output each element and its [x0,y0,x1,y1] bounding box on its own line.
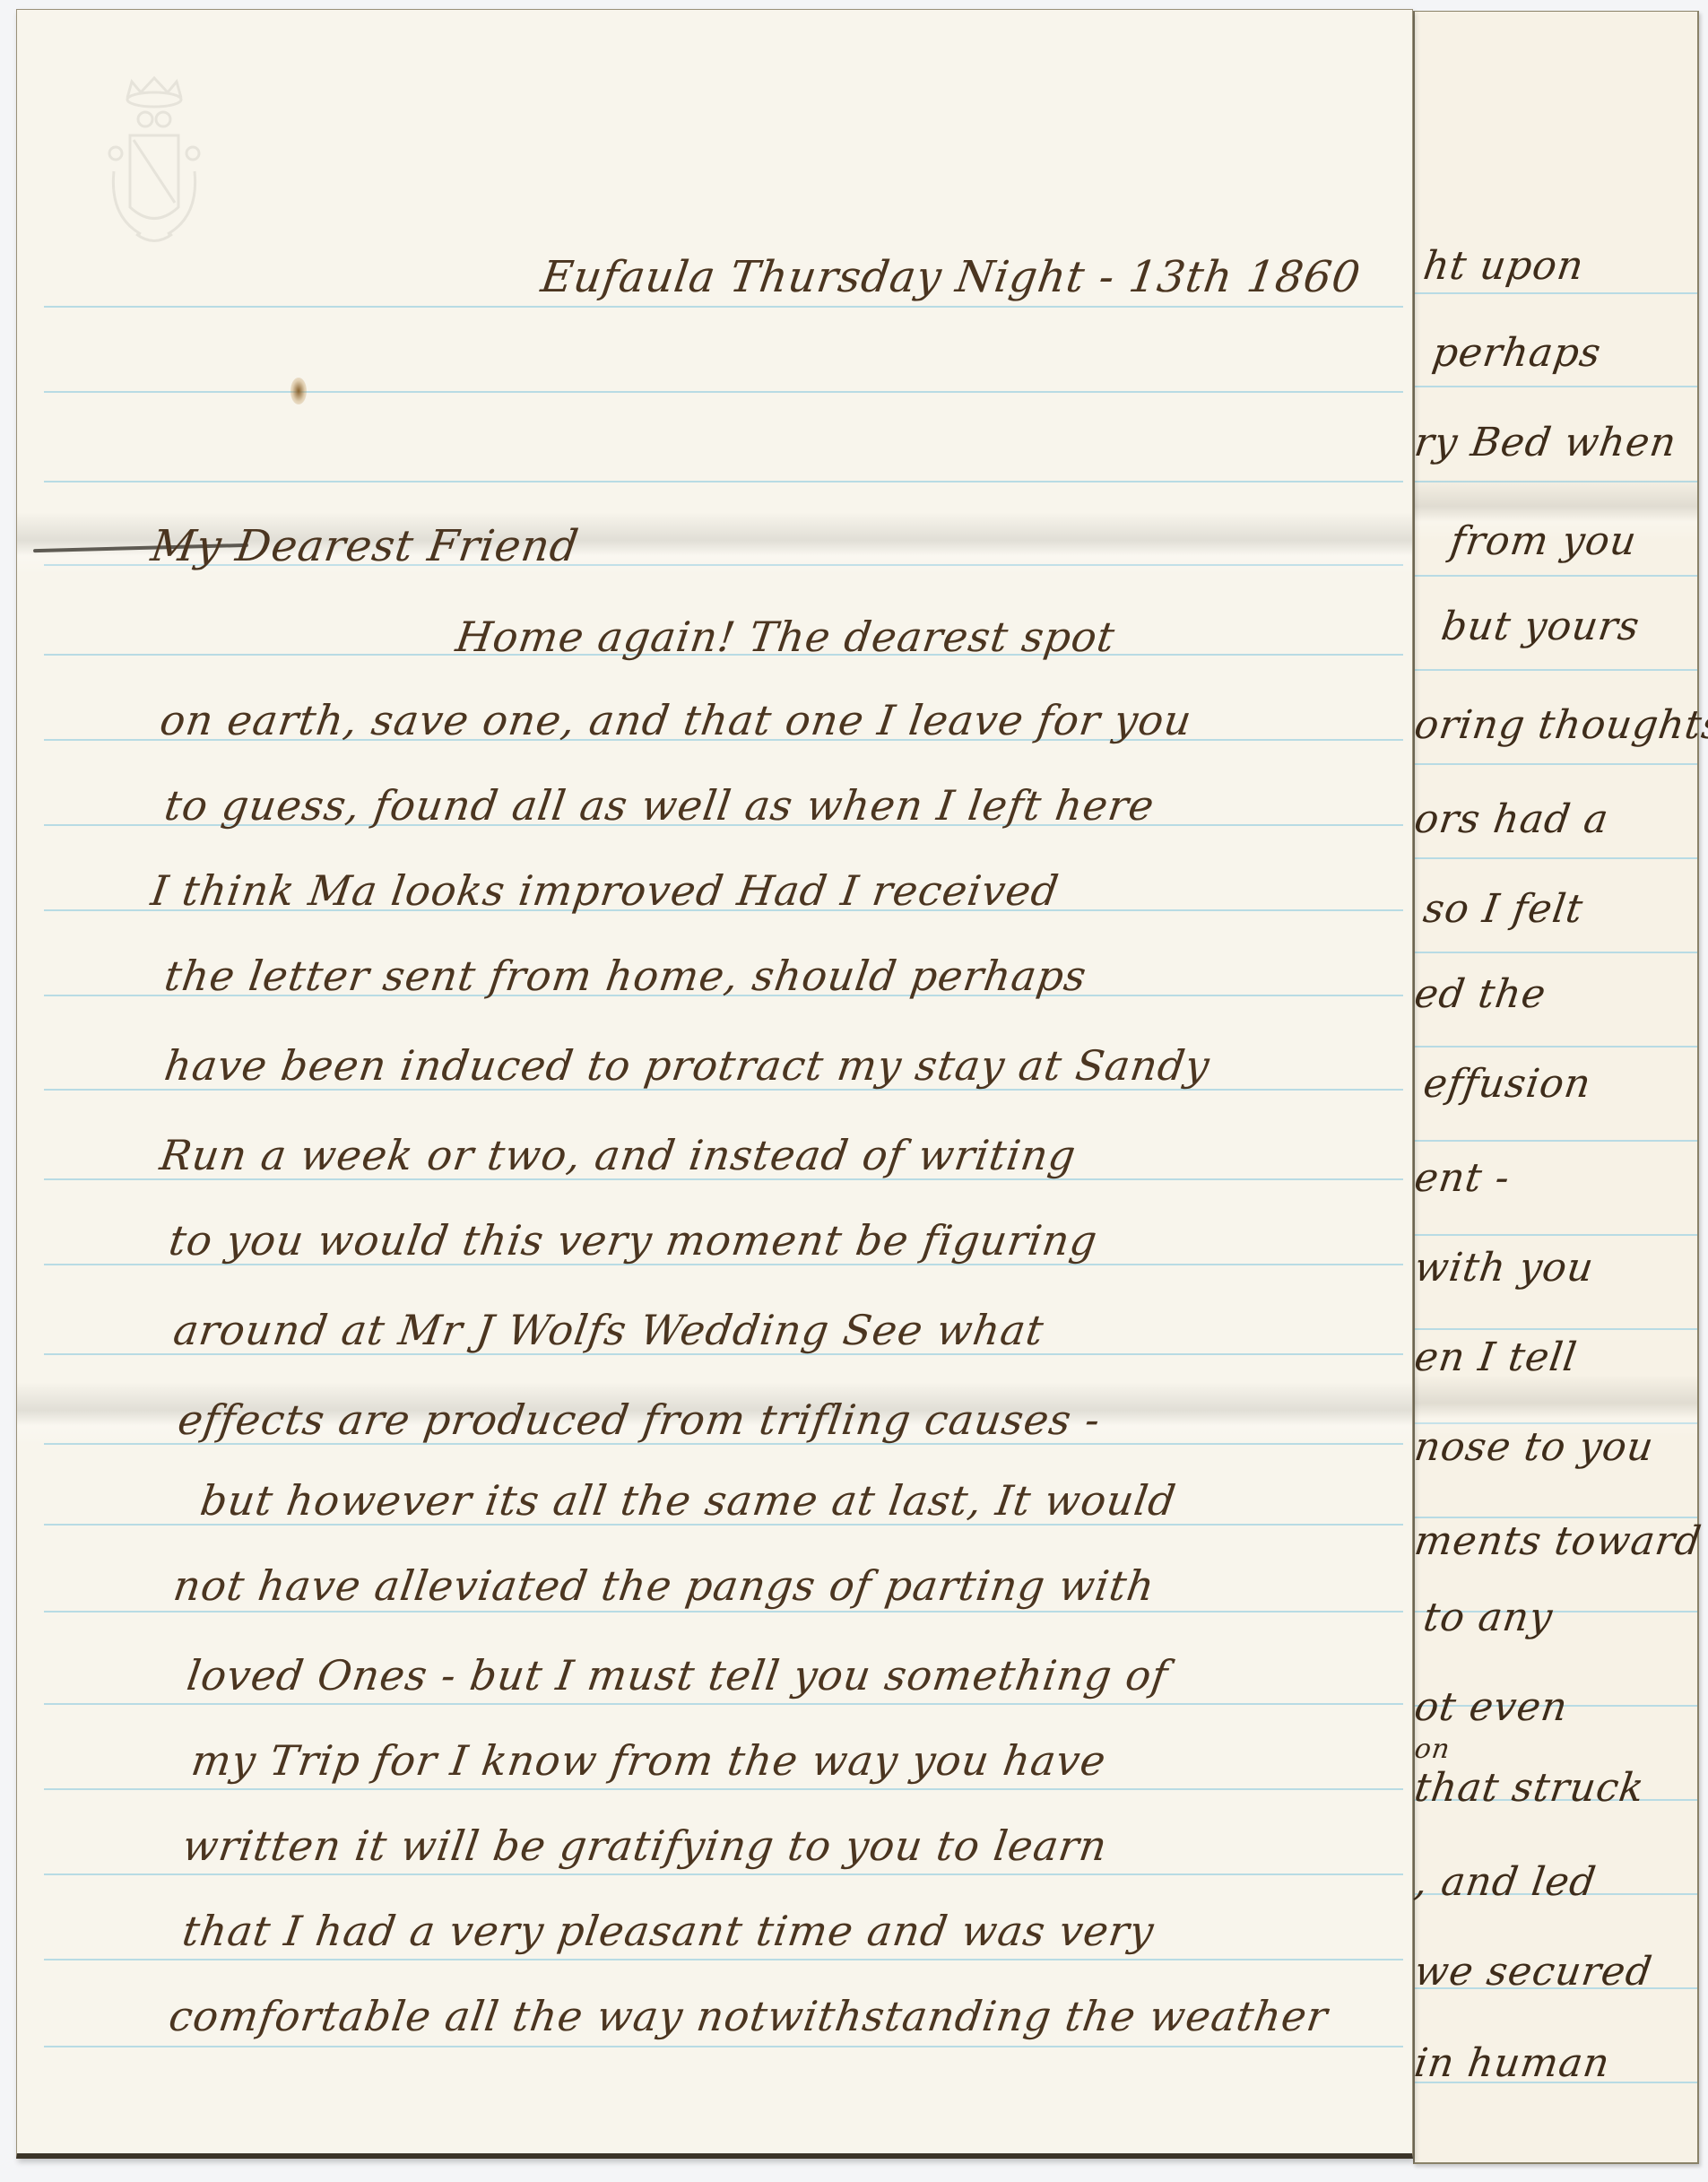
letter-line: loved Ones - but I must tell you somethi… [184,1651,1171,1700]
back-fragment: but yours [1438,604,1643,649]
letter-line: my Trip for I know from the way you have [188,1736,1109,1785]
ruled-line [44,306,1403,308]
ruled-line [44,1873,1403,1875]
ruled-line [44,2046,1403,2047]
embossed-crest-icon [105,73,204,252]
dateline: Eufaula Thursday Night - 13th 1860 [538,252,1364,302]
letter-line: but however its all the same at last, It… [197,1476,1179,1525]
back-fragment: ent - [1411,1155,1513,1201]
letter-line: written it will be gratifying to you to … [179,1821,1110,1870]
back-fragment: ot even [1411,1684,1571,1730]
back-fragment: we secured [1411,1949,1655,1995]
back-fragment: ors had a [1411,796,1611,842]
ruled-line [1415,1046,1697,1048]
back-fragment: perhaps [1429,330,1604,376]
letter-line: to you would this very moment be figurin… [166,1216,1100,1265]
back-fragment: ments toward [1411,1518,1704,1564]
ruled-line [1415,1234,1697,1236]
front-sheet: Eufaula Thursday Night - 13th 1860 My De… [16,9,1413,2159]
back-fragment: that struck [1411,1765,1647,1811]
letter-line: the letter sent from home, should perhap… [161,952,1089,1000]
ruled-line [1415,857,1697,859]
back-fragment: ry Bed when [1411,420,1679,465]
back-fragment: so I felt [1420,886,1586,932]
ruled-line [44,391,1403,393]
ruled-line [1415,292,1697,294]
ruled-line [1415,952,1697,953]
letter-line: effects are produced from trifling cause… [175,1395,1104,1444]
back-fragment: , and led [1411,1859,1599,1905]
ruled-line [44,1788,1403,1790]
ruled-line [44,1611,1403,1613]
back-fragment: to any [1420,1595,1556,1640]
back-fragment: ed the [1411,971,1548,1017]
ruled-line [1415,575,1697,577]
letter-line: Home again! The dearest spot [453,613,1118,661]
letter-line: I think Ma looks improved Had I received [148,866,1062,915]
back-fragment: ht upon [1420,243,1587,289]
letter-line: to guess, found all as well as when I le… [161,781,1157,830]
back-fragment: in human [1411,2040,1613,2086]
ruled-line [44,1959,1403,1960]
ruled-line [1415,1140,1697,1142]
letter-line: that I had a very pleasant time and was … [179,1907,1157,1955]
ruled-line [1415,669,1697,671]
back-fragment: oring thoughts [1411,702,1708,748]
back-fragment: with you [1411,1245,1597,1291]
ruled-line [1415,763,1697,765]
back-fragment: effusion [1420,1061,1594,1107]
back-fragment: from you [1447,518,1639,564]
letter-line: on earth, save one, and that one I leave… [157,696,1195,744]
letter-line: comfortable all the way notwithstanding … [166,1992,1331,2040]
ruled-line [1415,386,1697,387]
ruled-line [44,481,1403,482]
salutation: My Dearest Friend [148,521,582,571]
back-sheet: ht upon perhaps ry Bed when from you but… [1413,11,1699,2164]
back-fragment: en I tell [1411,1334,1580,1380]
ruled-line [44,1703,1403,1705]
back-fragment: on [1413,1734,1452,1765]
letter-line: not have alleviated the pangs of parting… [170,1561,1157,1610]
letter-line: have been induced to protract my stay at… [161,1041,1213,1090]
ink-stain [290,378,307,404]
ruled-line [1415,1328,1697,1330]
letter-line: Run a week or two, and instead of writin… [157,1131,1079,1179]
letter-line: around at Mr J Wolfs Wedding See what [170,1306,1047,1354]
back-fragment: nose to you [1411,1424,1656,1470]
